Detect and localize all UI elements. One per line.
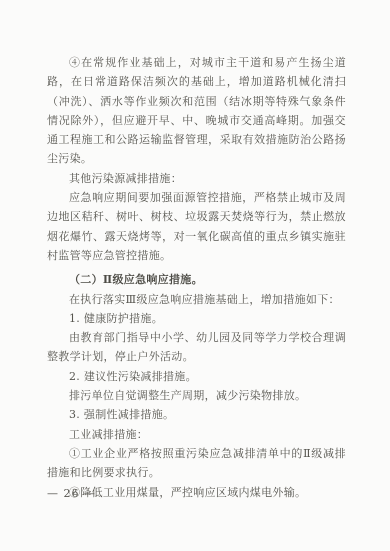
section-heading-level2-response: （二）Ⅱ级应急响应措施。 bbox=[47, 270, 346, 289]
numbered-item-mandatory-reduction: 3. 强制性减排措施。 bbox=[47, 405, 346, 424]
paragraph-production-cycle: 排污单位自觉调整生产周期，减少污染物排放。 bbox=[47, 386, 346, 405]
numbered-item-suggested-reduction: 2. 建议性污染减排措施。 bbox=[47, 367, 346, 386]
page-number: — 26 — bbox=[47, 487, 96, 500]
document-page: ④在常规作业基础上，对城市主干道和易产生扬尘道路，在日常道路保洁频次的基础上，增… bbox=[0, 0, 390, 551]
paragraph-area-source-control: 应急响应期间要加强面源管控措施，严格禁止城市及周边地区秸秆、树叶、树枝、垃圾露天… bbox=[47, 188, 346, 265]
paragraph-road-dust: ④在常规作业基础上，对城市主干道和易产生扬尘道路，在日常道路保洁频次的基础上，增… bbox=[47, 53, 346, 169]
paragraph-basis-statement: 在执行落实Ⅲ级应急响应措施基础上，增加措施如下： bbox=[47, 290, 346, 309]
paragraph-other-sources-label: 其他污染源减排措施： bbox=[47, 169, 346, 188]
paragraph-industrial-measure-1: ①工业企业严格按照重污染应急减排清单中的Ⅱ级减排措施和比例要求执行。 bbox=[47, 444, 346, 483]
paragraph-school-adjustment: 由教育部门指导中小学、幼儿园及同等学力学校合理调整教学计划，停止户外活动。 bbox=[47, 328, 346, 367]
paragraph-industrial-label: 工业减排措施： bbox=[47, 425, 346, 444]
document-body: ④在常规作业基础上，对城市主干道和易产生扬尘道路，在日常道路保洁频次的基础上，增… bbox=[47, 53, 346, 502]
numbered-item-health-protection: 1. 健康防护措施。 bbox=[47, 309, 346, 328]
